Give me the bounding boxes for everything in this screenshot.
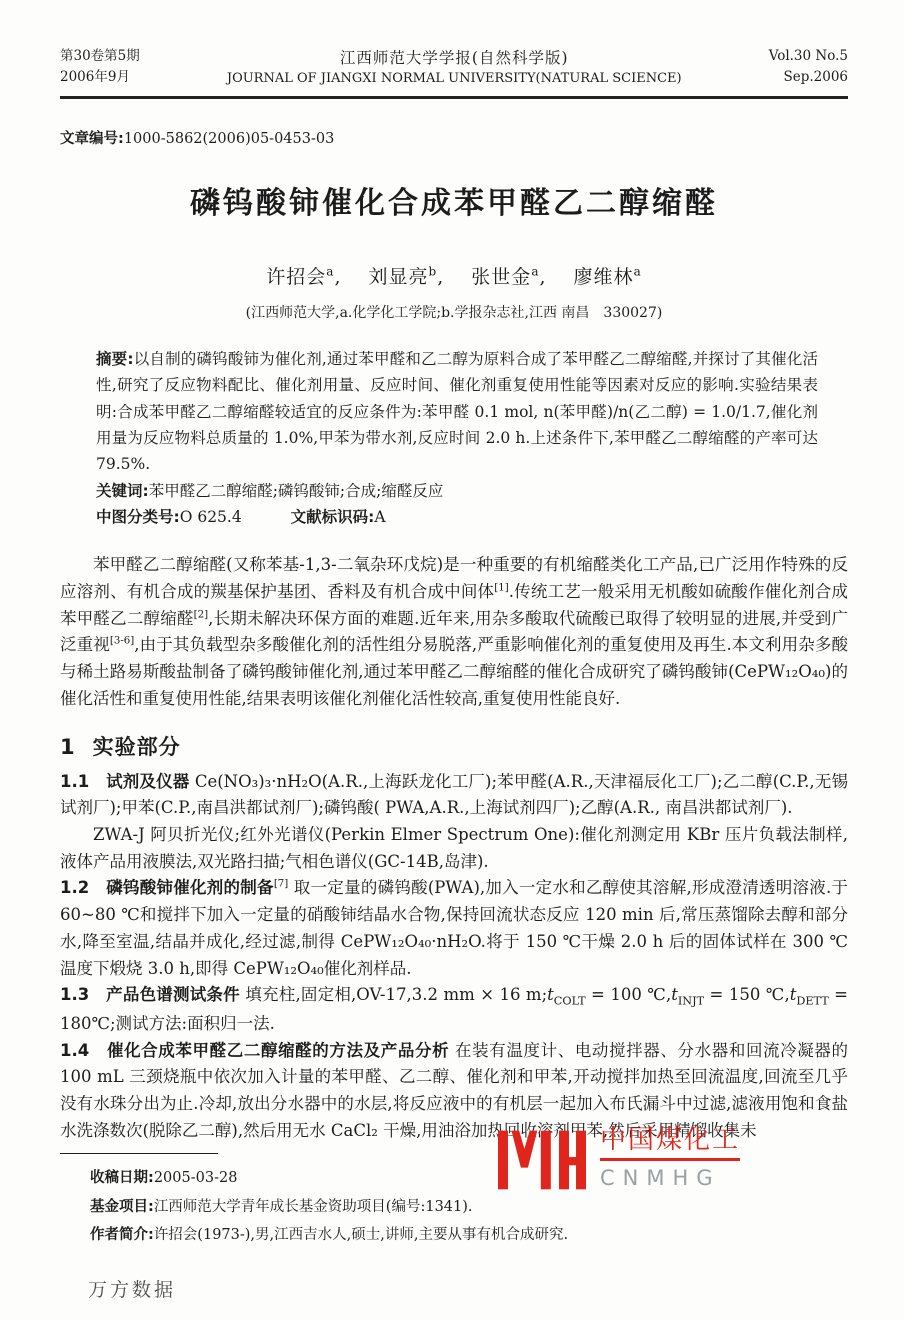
watermark: 中国煤化工 CNMHG	[498, 1126, 740, 1194]
article-number-value: 1000-5862(2006)05-0453-03	[124, 131, 335, 147]
instruments-paragraph: ZWA-J 阿贝折光仪;红外光谱仪(Perkin Elmer Spectrum …	[60, 822, 848, 875]
abstract-paragraph: 摘要:以自制的磷钨酸铈为催化剂,通过苯甲醛和乙二醇为原料合成了苯甲醛乙二醇缩醛,…	[96, 346, 818, 478]
fund-project-label: 基金项目:	[90, 1199, 154, 1215]
author-bio-line: 作者简介:许招会(1973-),男,江西吉水人,硕士,讲师,主要从事有机合成研究…	[90, 1221, 848, 1249]
section-1-3-paragraph: 1.3 产品色谱测试条件 填充柱,固定相,OV-17,3.2 mm × 16 m…	[60, 982, 848, 1037]
section-1-4-label: 1.4 催化合成苯甲醛乙二醇缩醛的方法及产品分析	[60, 1041, 449, 1060]
received-date-label: 收稿日期:	[90, 1170, 154, 1186]
section-1-number: 1	[60, 735, 75, 759]
watermark-text-en: CNMHG	[600, 1166, 740, 1190]
affiliation-line: (江西师范大学,a.化学化工学院;b.学报杂志社,江西 南昌 330027)	[60, 302, 848, 322]
issue-number-cn: 第30卷第5期	[60, 46, 140, 67]
author-bio-label: 作者简介:	[90, 1227, 154, 1243]
section-1-3-label: 1.3 产品色谱测试条件	[60, 985, 240, 1004]
abstract-label: 摘要:	[96, 350, 134, 368]
section-1-1-paragraph: 1.1 试剂及仪器 Ce(NO₃)₃·nH₂O(A.R.,上海跃龙化工厂);苯甲…	[60, 769, 848, 822]
journal-title-cn: 江西师范大学学报(自然科学版)	[140, 46, 769, 68]
classification-line: 中图分类号:O 625.4 文献标识码:A	[96, 504, 818, 530]
header-volume-block: Vol.30 No.5 Sep.2006	[769, 46, 848, 88]
journal-page: 第30卷第5期 2006年9月 江西师范大学学报(自然科学版) JOURNAL …	[0, 0, 904, 1320]
header-issue-block: 第30卷第5期 2006年9月	[60, 46, 140, 88]
issue-date-en: Sep.2006	[769, 67, 848, 88]
article-number-label: 文章编号:	[60, 131, 124, 147]
header-divider	[60, 96, 848, 99]
issue-date-cn: 2006年9月	[60, 67, 140, 88]
section-1-2-label: 1.2 磷钨酸铈催化剂的制备[7]	[60, 878, 288, 897]
header-journal-block: 江西师范大学学报(自然科学版) JOURNAL OF JIANGXI NORMA…	[140, 46, 769, 86]
coal-chem-logo-icon	[498, 1126, 586, 1194]
watermark-text-cn: 中国煤化工	[600, 1126, 740, 1155]
received-date-value: 2005-03-28	[154, 1170, 238, 1186]
authors-line: 许招会a, 刘显亮b, 张世金a, 廖维林a	[60, 262, 848, 289]
abstract-text: 以自制的磷钨酸铈为催化剂,通过苯甲醛和乙二醇为原料合成了苯甲醛乙二醇缩醛,并探讨…	[96, 350, 818, 473]
page-title: 磷钨酸铈催化合成苯甲醛乙二醇缩醛	[60, 178, 848, 222]
section-1-title: 实验部分	[93, 735, 181, 759]
watermark-underline	[600, 1158, 740, 1161]
doc-code-label: 文献标识码:	[291, 508, 375, 526]
footnote-divider	[60, 1153, 218, 1154]
section-1-1-label: 1.1 试剂及仪器	[60, 772, 189, 791]
doc-code-value: A	[374, 508, 385, 526]
keywords-text: 苯甲醛乙二醇缩醛;磷钨酸铈;合成;缩醛反应	[149, 482, 444, 500]
clc-value: O 625.4	[180, 508, 242, 526]
volume-number-en: Vol.30 No.5	[769, 46, 848, 67]
fund-project-value: 江西师范大学青年成长基金资助项目(编号:1341).	[154, 1199, 473, 1215]
fund-project-line: 基金项目:江西师范大学青年成长基金资助项目(编号:1341).	[90, 1193, 848, 1221]
keywords-label: 关键词:	[96, 482, 149, 500]
wanfang-data-brand: 万方数据	[88, 1275, 176, 1302]
intro-paragraph: 苯甲醛乙二醇缩醛(又称苯基-1,3-二氧杂环戊烷)是一种重要的有机缩醛类化工产品…	[60, 552, 848, 712]
watermark-text-block: 中国煤化工 CNMHG	[600, 1126, 740, 1190]
journal-title-en: JOURNAL OF JIANGXI NORMAL UNIVERSITY(NAT…	[140, 71, 769, 86]
section-1-2-paragraph: 1.2 磷钨酸铈催化剂的制备[7] 取一定量的磷钨酸(PWA),加入一定水和乙醇…	[60, 875, 848, 982]
keywords-line: 关键词:苯甲醛乙二醇缩醛;磷钨酸铈;合成;缩醛反应	[96, 478, 818, 504]
clc-label: 中图分类号:	[96, 508, 180, 526]
article-number-line: 文章编号:1000-5862(2006)05-0453-03	[60, 127, 848, 148]
section-1-heading: 1实验部分	[60, 731, 848, 761]
journal-header: 第30卷第5期 2006年9月 江西师范大学学报(自然科学版) JOURNAL …	[60, 46, 848, 88]
author-bio-value: 许招会(1973-),男,江西吉水人,硕士,讲师,主要从事有机合成研究.	[154, 1227, 568, 1243]
abstract-block: 摘要:以自制的磷钨酸铈为催化剂,通过苯甲醛和乙二醇为原料合成了苯甲醛乙二醇缩醛,…	[96, 346, 818, 530]
